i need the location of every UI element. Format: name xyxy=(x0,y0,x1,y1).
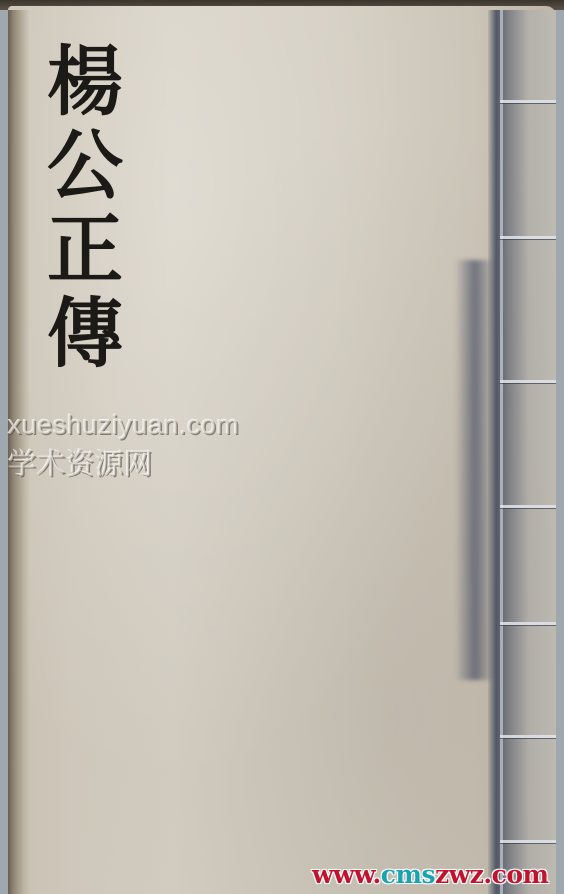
binding-stitch xyxy=(500,380,556,383)
title-char: 正 xyxy=(47,208,123,292)
binding-thread xyxy=(500,10,503,894)
watermark-suffix: zwz.com xyxy=(435,860,548,889)
binding-stitch xyxy=(500,100,556,103)
title-char: 傳 xyxy=(47,292,123,376)
watermark-middle: cms xyxy=(381,860,435,889)
title-char: 公 xyxy=(47,124,123,208)
watermark-site-name: 学术资源网 xyxy=(8,442,153,483)
book-spine xyxy=(488,10,556,894)
binding-stitch xyxy=(500,622,556,625)
binding-stitch xyxy=(500,840,556,843)
title-char: 楊 xyxy=(47,40,123,124)
binding-stitch xyxy=(500,236,556,239)
watermark-prefix: www. xyxy=(312,860,381,889)
corner-watermark: www.cmszwz.com xyxy=(312,860,548,889)
binding-stitch xyxy=(500,735,556,738)
book-title: 楊 公 正 傳 xyxy=(40,40,130,376)
watermark-url: xueshuziyuan.com xyxy=(8,410,240,441)
binding-stitch xyxy=(500,505,556,508)
